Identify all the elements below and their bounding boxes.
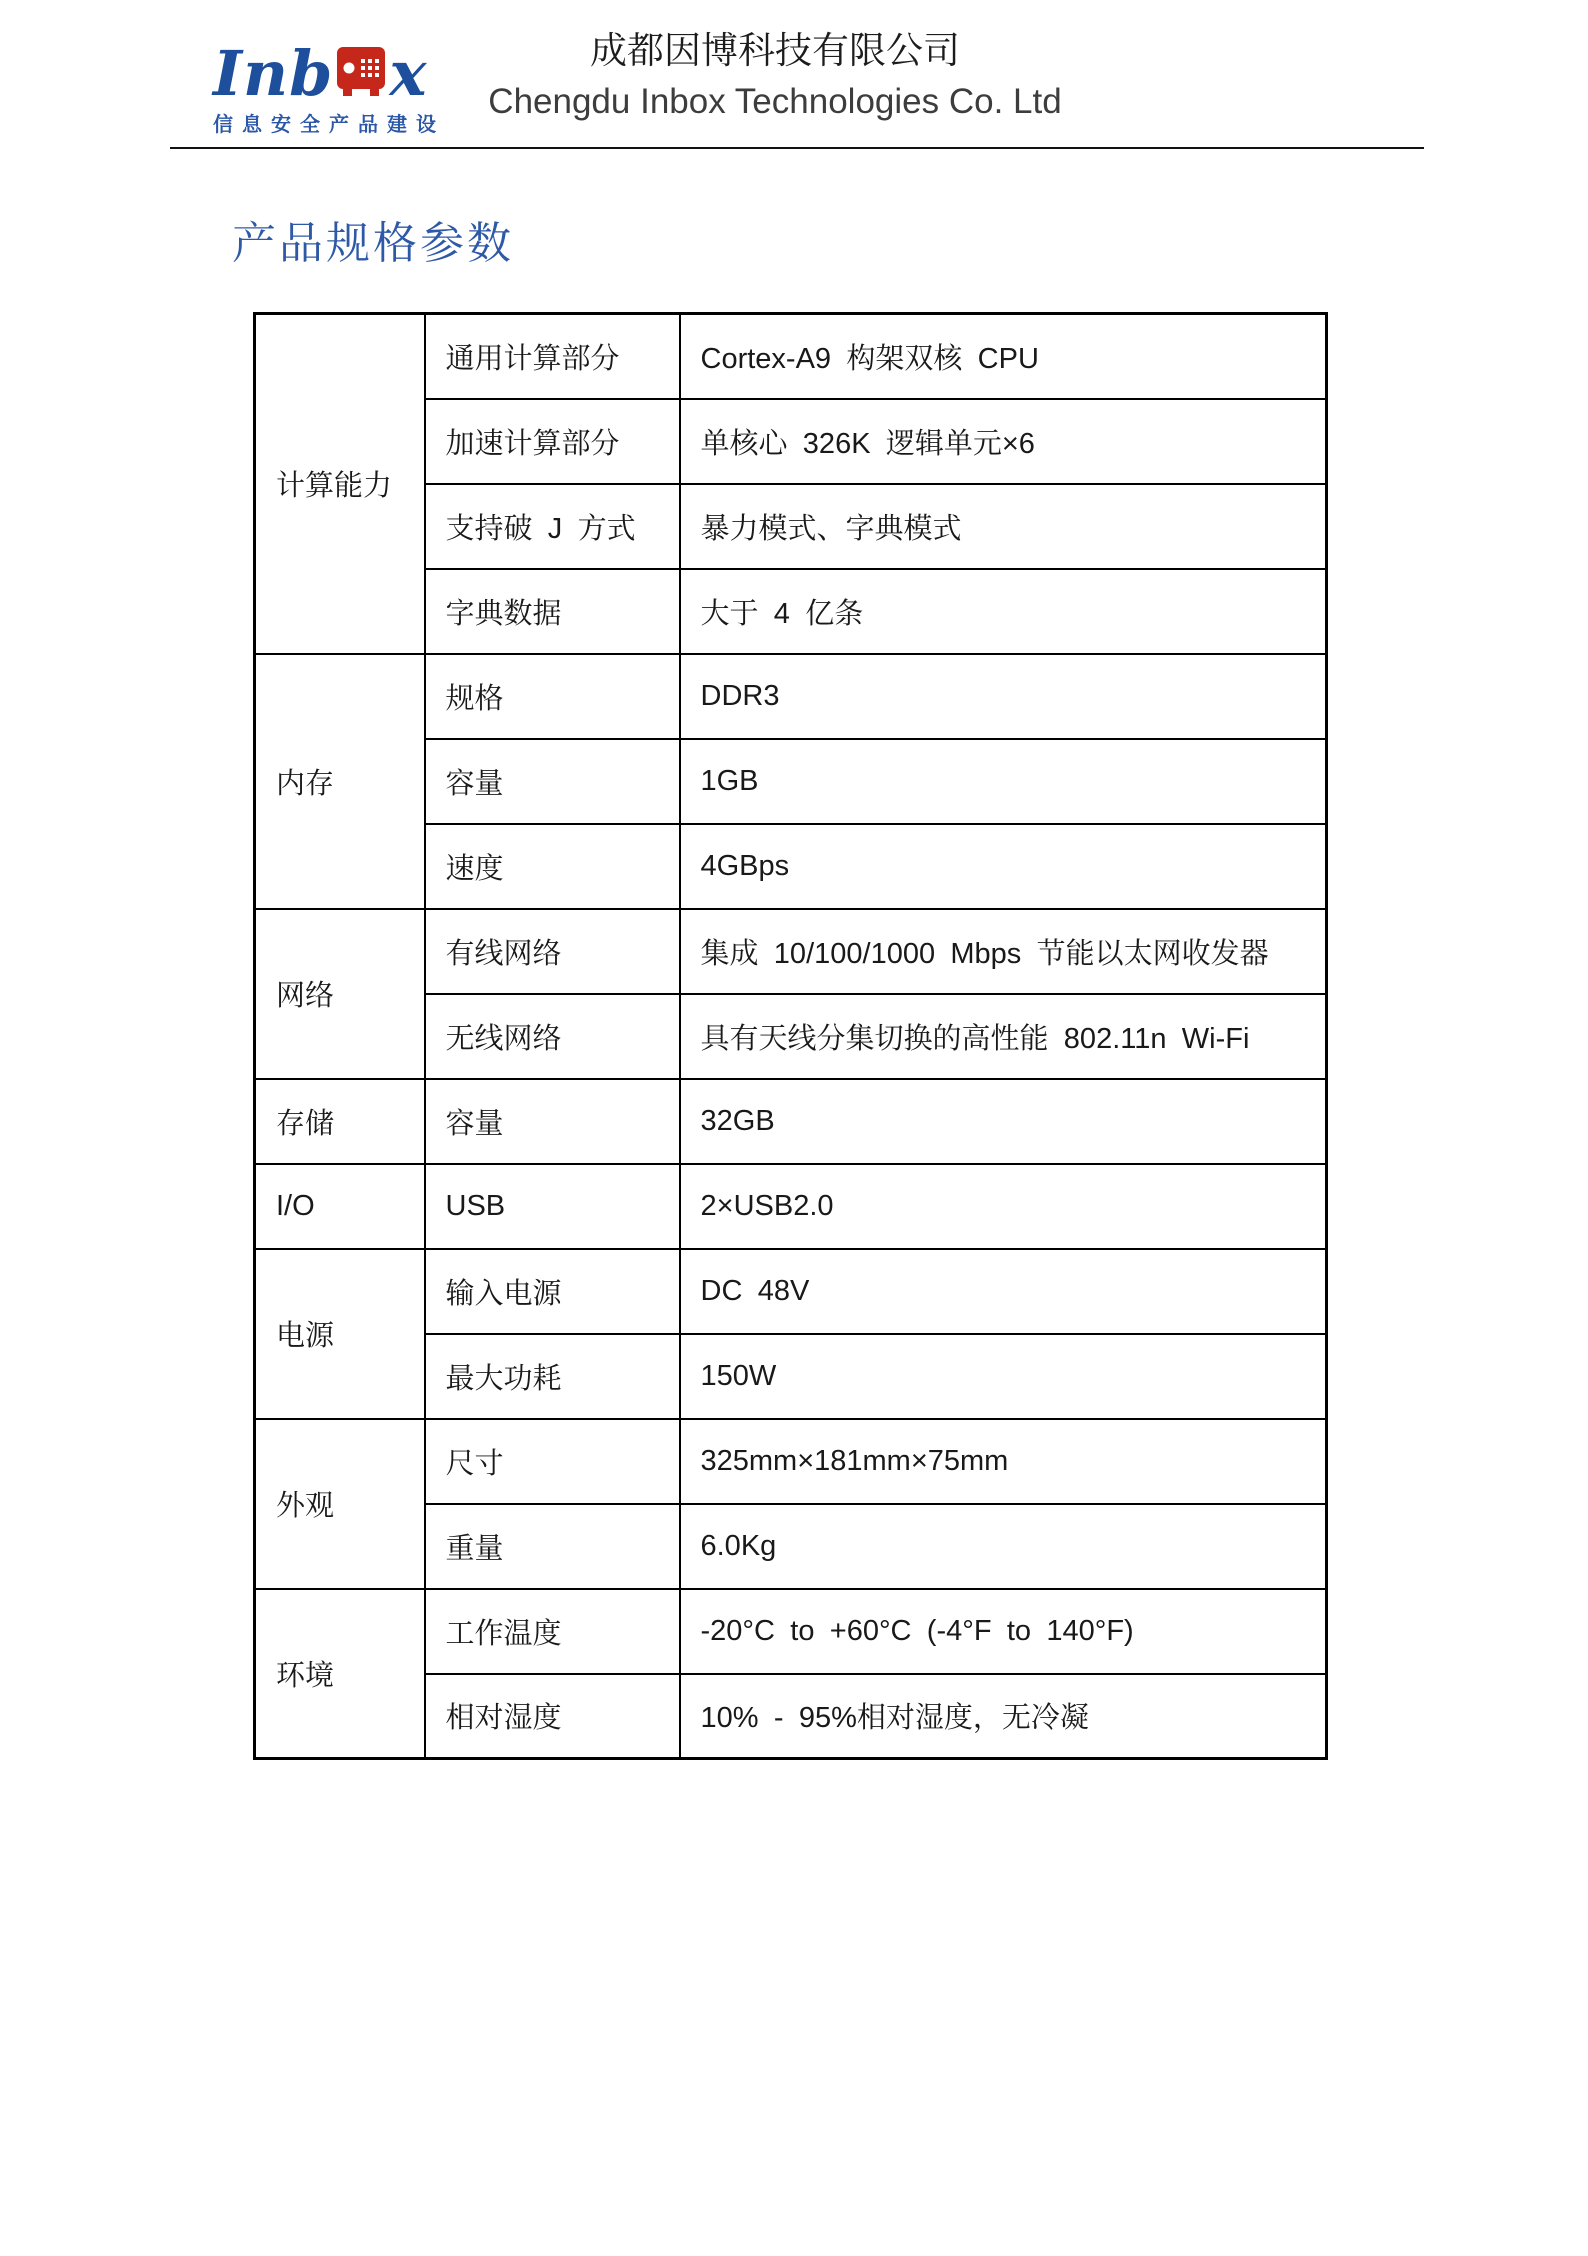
spec-table: 计算能力 通用计算部分 Cortex-A9 构架双核 CPU 加速计算部分 单核… — [253, 312, 1328, 1760]
spec-value-cell: -20°C to +60°C (-4°F to 140°F) — [680, 1589, 1327, 1674]
spec-value-cell: Cortex-A9 构架双核 CPU — [680, 314, 1327, 399]
spec-value-cell: 具有天线分集切换的高性能 802.11n Wi-Fi — [680, 994, 1327, 1079]
spec-group-cell: I/O — [255, 1164, 425, 1249]
table-row: 存储 容量 32GB — [255, 1079, 1327, 1164]
spec-label-cell: 支持破 J 方式 — [425, 484, 680, 569]
spec-label-cell: 相对湿度 — [425, 1674, 680, 1759]
spec-value-cell: 单核心 326K 逻辑单元×6 — [680, 399, 1327, 484]
spec-group-cell: 电源 — [255, 1249, 425, 1419]
spec-value-cell: 6.0Kg — [680, 1504, 1327, 1589]
spec-value-cell: 2×USB2.0 — [680, 1164, 1327, 1249]
spec-value-cell: 集成 10/100/1000 Mbps 节能以太网收发器 — [680, 909, 1327, 994]
spec-group-cell: 存储 — [255, 1079, 425, 1164]
spec-value-cell: 1GB — [680, 739, 1327, 824]
company-name-cn: 成都因博科技有限公司 — [0, 28, 1550, 74]
spec-label-cell: 规格 — [425, 654, 680, 739]
spec-label-cell: 字典数据 — [425, 569, 680, 654]
table-row: 环境 工作温度 -20°C to +60°C (-4°F to 140°F) — [255, 1589, 1327, 1674]
spec-label-cell: 加速计算部分 — [425, 399, 680, 484]
spec-label-cell: 通用计算部分 — [425, 314, 680, 399]
spec-group-cell: 环境 — [255, 1589, 425, 1759]
spec-value-cell: 4GBps — [680, 824, 1327, 909]
spec-label-cell: 工作温度 — [425, 1589, 680, 1674]
document-page: Inb x 信息安全产品建设 成都因博科技有限公司 Chengdu Inbox … — [0, 0, 1588, 2256]
table-row: 外观 尺寸 325mm×181mm×75mm — [255, 1419, 1327, 1504]
spec-value-cell: 暴力模式、字典模式 — [680, 484, 1327, 569]
spec-label-cell: 重量 — [425, 1504, 680, 1589]
company-name-en: Chengdu Inbox Technologies Co. Ltd — [0, 80, 1550, 124]
spec-group-cell: 计算能力 — [255, 314, 425, 654]
table-row: 计算能力 通用计算部分 Cortex-A9 构架双核 CPU — [255, 314, 1327, 399]
table-row: 电源 输入电源 DC 48V — [255, 1249, 1327, 1334]
header-company-block: 成都因博科技有限公司 Chengdu Inbox Technologies Co… — [0, 28, 1550, 124]
spec-value-cell: 32GB — [680, 1079, 1327, 1164]
section-title: 产品规格参数 — [232, 207, 514, 271]
spec-label-cell: 有线网络 — [425, 909, 680, 994]
spec-label-cell: 无线网络 — [425, 994, 680, 1079]
table-row: 网络 有线网络 集成 10/100/1000 Mbps 节能以太网收发器 — [255, 909, 1327, 994]
spec-label-cell: 尺寸 — [425, 1419, 680, 1504]
spec-value-cell: DC 48V — [680, 1249, 1327, 1334]
spec-label-cell: 速度 — [425, 824, 680, 909]
spec-group-cell: 内存 — [255, 654, 425, 909]
spec-group-cell: 外观 — [255, 1419, 425, 1589]
spec-group-cell: 网络 — [255, 909, 425, 1079]
spec-value-cell: DDR3 — [680, 654, 1327, 739]
spec-label-cell: 容量 — [425, 739, 680, 824]
table-row: 内存 规格 DDR3 — [255, 654, 1327, 739]
spec-value-cell: 150W — [680, 1334, 1327, 1419]
spec-value-cell: 325mm×181mm×75mm — [680, 1419, 1327, 1504]
spec-label-cell: 最大功耗 — [425, 1334, 680, 1419]
spec-label-cell: USB — [425, 1164, 680, 1249]
spec-label-cell: 容量 — [425, 1079, 680, 1164]
header-divider — [170, 147, 1424, 149]
spec-label-cell: 输入电源 — [425, 1249, 680, 1334]
spec-value-cell: 大于 4 亿条 — [680, 569, 1327, 654]
spec-value-cell: 10% - 95%相对湿度，无冷凝 — [680, 1674, 1327, 1759]
table-row: I/O USB 2×USB2.0 — [255, 1164, 1327, 1249]
